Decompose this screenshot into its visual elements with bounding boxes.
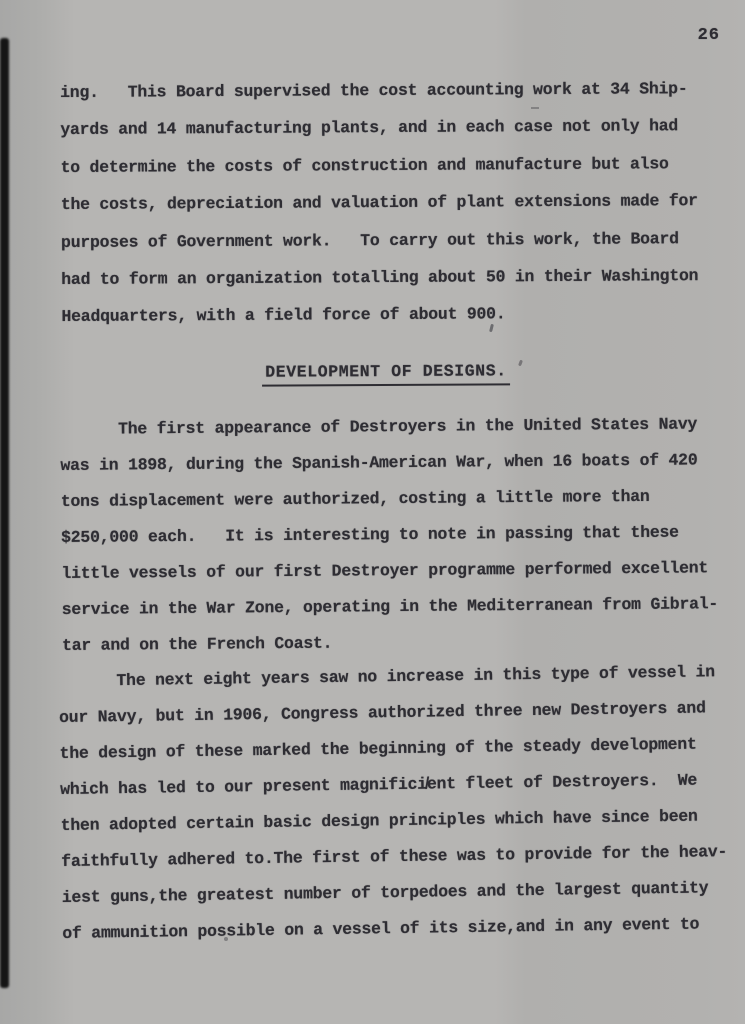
document-body: ing. This Board supervised the cost acco… [60,74,712,952]
text-line: Headquarters, with a field force of abou… [61,294,713,335]
section-heading: DEVELOPMENT OF DESIGNS. [262,361,510,386]
paragraph-board-cost-accounting: ing. This Board supervised the cost acco… [60,70,714,336]
text-line: had to form an organization totalling ab… [61,257,713,298]
page-number: 26 [698,26,720,45]
text-line: was in 1898, during the Spanish-American… [60,442,712,484]
text-line: to determine the costs of construction a… [60,145,712,186]
section-heading-row: DEVELOPMENT OF DESIGNS. [60,360,712,387]
text-line: tons displacement were authorized, costi… [61,478,713,520]
text-line: the costs, depreciation and valuation of… [61,182,713,223]
text-line: The first appearance of Destroyers in th… [60,406,712,448]
text-line: little vessels of our first Destroyer pr… [61,550,713,592]
text-line: ing. This Board supervised the cost acco… [60,70,712,111]
text-line: yards and 14 manufacturing plants, and i… [60,107,712,148]
scan-speck [531,107,539,109]
paragraph-first-destroyers: The first appearance of Destroyers in th… [60,406,714,664]
text-line: purposes of Government work. To carry ou… [61,220,713,261]
scanned-document-page: 26 ing. This Board supervised the cost a… [0,0,745,1024]
scan-edge-shadow [0,38,9,988]
text-line: service in the War Zone, operating in th… [62,586,714,628]
text-line: $250,000 each. It is interesting to note… [61,514,713,556]
scan-speck [224,937,228,941]
paragraph-design-development: The next eight years saw no increase in … [58,654,714,952]
